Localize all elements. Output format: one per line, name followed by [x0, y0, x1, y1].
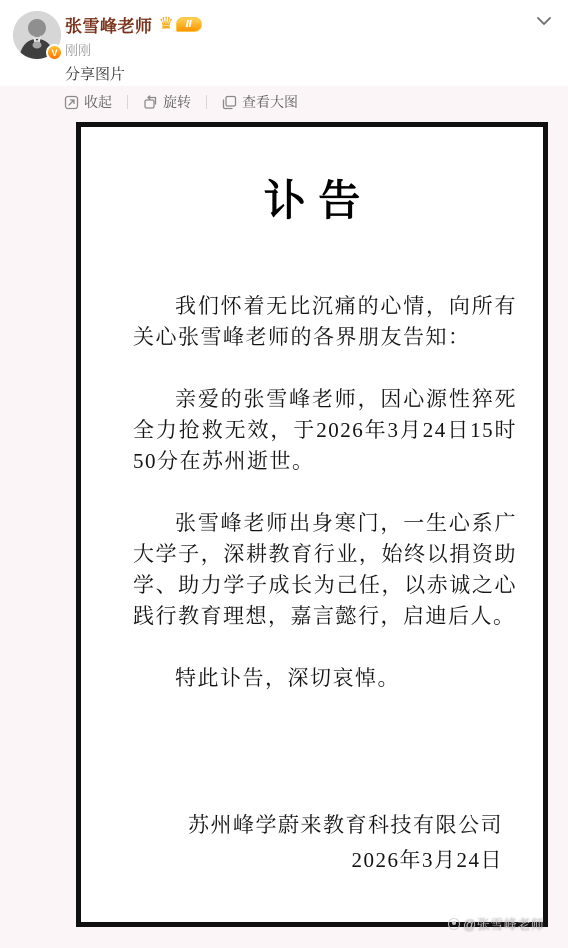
image-viewer: 收起 旋转 查看大图 讣告 我们怀着无比沉痛的心情，向所有关心张雪峰老师的各界朋… [0, 86, 568, 948]
avatar[interactable]: V [13, 11, 61, 59]
rotate-button[interactable]: 旋转 [143, 92, 191, 112]
obituary-signature-block: 苏州峰学蔚来教育科技有限公司 2026年3月24日 [81, 808, 503, 878]
toolbar-divider [206, 95, 207, 109]
obituary-paragraph: 特此讣告，深切哀悼。 [133, 663, 517, 694]
toolbar-divider [127, 95, 128, 109]
obituary-paragraph: 我们怀着无比沉痛的心情，向所有关心张雪峰老师的各界朋友告知： [133, 291, 517, 353]
author-name[interactable]: 张雪峰老师 [65, 12, 153, 37]
chevron-down-icon[interactable] [534, 13, 554, 29]
image-toolbar: 收起 旋转 查看大图 [64, 89, 298, 115]
post-content-text: 分享图片 [65, 63, 125, 84]
vip-level-badge: Ⅱ [176, 17, 202, 32]
post-header: V 张雪峰老师 ♛ Ⅱ 刚刚 分享图片 [0, 0, 568, 86]
obituary-body: 我们怀着无比沉痛的心情，向所有关心张雪峰老师的各界朋友告知： 亲爱的张雪峰老师，… [133, 291, 517, 694]
obituary-paragraph: 亲爱的张雪峰老师，因心源性猝死全力抢救无效，于2026年3月24日15时50分在… [133, 384, 517, 477]
view-large-label: 查看大图 [242, 92, 298, 112]
obituary-title: 讣告 [81, 177, 543, 225]
obituary-paragraph: 张雪峰老师出身寒门，一生心系广大学子，深耕教育行业，始终以捐资助学、助力学子成长… [133, 508, 517, 632]
obituary-company: 苏州峰学蔚来教育科技有限公司 [81, 808, 503, 843]
post-timestamp: 刚刚 [65, 40, 202, 59]
collapse-button[interactable]: 收起 [64, 92, 112, 112]
view-large-button[interactable]: 查看大图 [222, 92, 298, 112]
crown-icon: ♛ [159, 16, 174, 33]
obituary-date: 2026年3月24日 [81, 843, 503, 878]
rotate-label: 旋转 [163, 92, 191, 112]
collapse-icon [64, 95, 79, 110]
collapse-label: 收起 [84, 92, 112, 112]
verified-icon: V [46, 44, 63, 61]
obituary-image[interactable]: 讣告 我们怀着无比沉痛的心情，向所有关心张雪峰老师的各界朋友告知： 亲爱的张雪峰… [76, 122, 548, 927]
rotate-icon [143, 95, 158, 110]
view-large-icon [222, 95, 237, 110]
